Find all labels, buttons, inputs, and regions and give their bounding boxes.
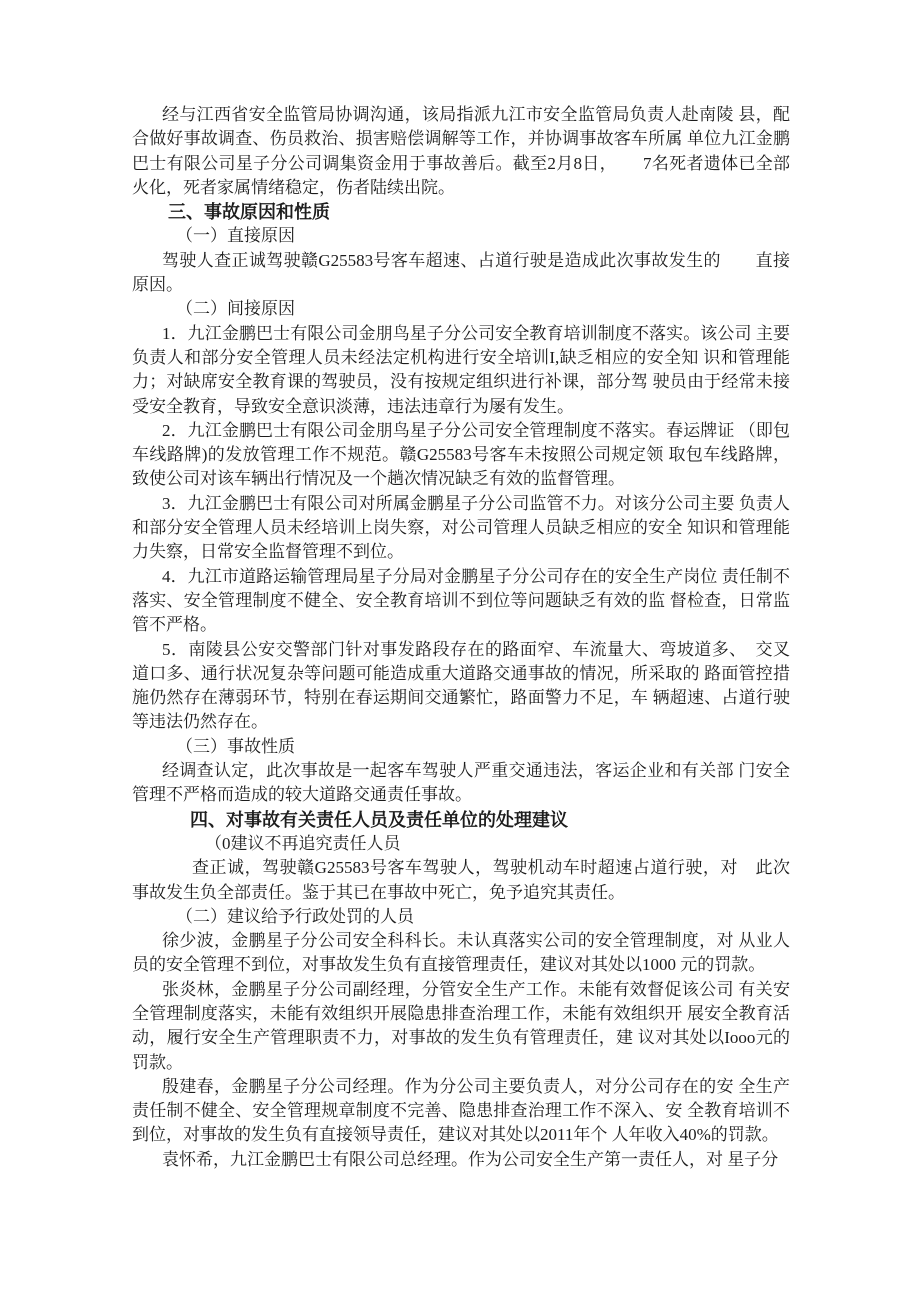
document-body: 经与江西省安全监管局协调沟通，该局指派九江市安全监管局负责人赴南陵 县，配合做好… [132,103,790,1172]
subhead-no-prosecution: （0建议不再追究责任人员 [132,832,790,856]
paragraph-indirect-cause-1: 1．九江金鹏巴士有限公司金朋鸟星子分公司安全教育培训制度不落实。该公司 主要负责… [132,322,790,419]
paragraph-indirect-cause-2: 2．九江金鹏巴士有限公司金朋鸟星子分公司安全管理制度不落实。春运牌证 （即包车线… [132,419,790,492]
subhead-indirect-cause: （二）间接原因 [132,297,790,321]
paragraph-aftermath-coordination: 经与江西省安全监管局协调沟通，该局指派九江市安全监管局负责人赴南陵 县，配合做好… [132,103,790,200]
paragraph-indirect-cause-5: 5．南陵县公安交警部门针对事发路段存在的路面窄、车流量大、弯坡道多、 交叉道口多… [132,638,790,735]
paragraph-zha-zhengcheng: 查正诚，驾驶赣G25583号客车驾驶人，驾驶机动车时超速占道行驶，对 此次事故发… [132,856,790,905]
document-page: 经与江西省安全监管局协调沟通，该局指派九江市安全监管局负责人赴南陵 县，配合做好… [0,0,920,1301]
subhead-accident-nature: （三）事故性质 [132,735,790,759]
paragraph-accident-nature: 经调查认定，此次事故是一起客车驾驶人严重交通违法，客运企业和有关部 门安全管理不… [132,759,790,808]
paragraph-indirect-cause-4: 4．九江市道路运输管理局星子分局对金鹏星子分公司存在的安全生产岗位 责任制不落实… [132,565,790,638]
paragraph-indirect-cause-3: 3．九江金鹏巴士有限公司对所属金鹏星子分公司监管不力。对该分公司主要 负责人和部… [132,492,790,565]
paragraph-zhang-yanlin: 张炎林，金鹏星子分公司副经理，分管安全生产工作。未能有效督促该公司 有关安全管理… [132,978,790,1075]
subhead-administrative-penalty: （二）建议给予行政处罚的人员 [132,905,790,929]
paragraph-yuan-huaixi: 袁怀希，九江金鹏巴士有限公司总经理。作为公司安全生产第一责任人，对 星子分 [132,1148,790,1172]
paragraph-xu-shaobo: 徐少波，金鹏星子分公司安全科科长。未认真落实公司的安全管理制度，对 从业人员的安… [132,929,790,978]
paragraph-direct-cause: 驾驶人查正诚驾驶赣G25583号客车超速、占道行驶是造成此次事故发生的 直接原因… [132,249,790,298]
subhead-direct-cause: （一）直接原因 [132,224,790,248]
heading-section-3-causes: 三、事故原因和性质 [132,200,790,224]
paragraph-yin-jianchun: 殷建春，金鹏星子分公司经理。作为分公司主要负责人，对分公司存在的安 全生产责任制… [132,1075,790,1148]
heading-section-4-recommendations: 四、对事故有关责任人员及责任单位的处理建议 [132,808,790,832]
